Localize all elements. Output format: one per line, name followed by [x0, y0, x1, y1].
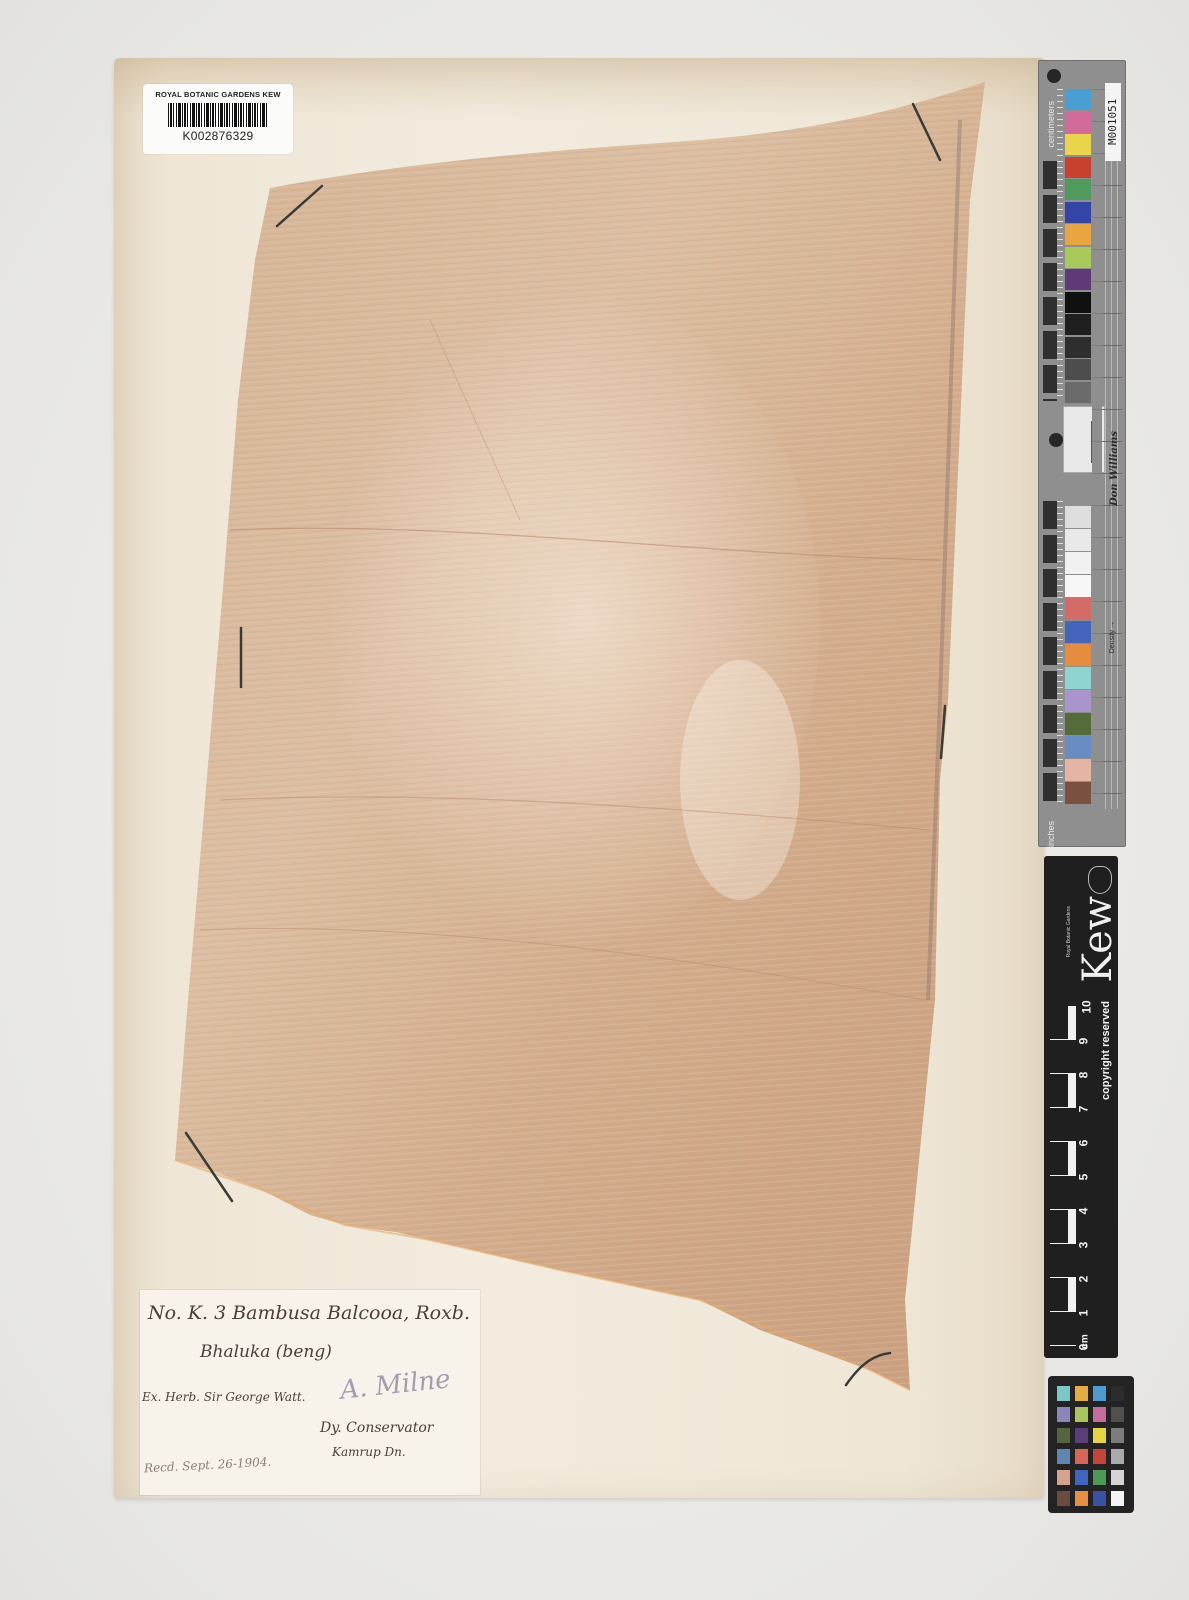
cm-number: 7 [1076, 1106, 1090, 1113]
checker-patch [1093, 1491, 1106, 1506]
copyright-text: copyright reserved [1100, 1001, 1112, 1100]
kew-scale-bar: Royal Botanic Gardens Kew copyright rese… [1044, 856, 1118, 1358]
color-swatch [1065, 690, 1091, 712]
ruler-index-column [1092, 89, 1102, 809]
ruler-ticks-top [1057, 89, 1063, 399]
cm-scale [1050, 1006, 1076, 1346]
color-swatch [1065, 598, 1091, 620]
color-swatch [1065, 337, 1091, 358]
checker-patch [1111, 1491, 1124, 1506]
checker-patch [1057, 1491, 1070, 1506]
ruler-id-tag: M001051 [1105, 83, 1121, 161]
ruler-scale-top [1043, 161, 1057, 401]
checker-patch [1093, 1407, 1106, 1422]
color-swatch [1065, 782, 1091, 804]
determination-label: No. K. 3 Bambusa Balcooa, Roxb. Bhaluka … [140, 1290, 480, 1495]
color-swatch [1065, 529, 1091, 551]
kew-crest-icon [1088, 866, 1112, 894]
cm-number: 6 [1076, 1140, 1090, 1147]
label-line-title: Dy. Conservator [320, 1420, 434, 1436]
color-swatch [1065, 269, 1091, 290]
cm-number: 2 [1076, 1276, 1090, 1283]
color-swatch [1065, 179, 1091, 200]
checker-patch [1075, 1428, 1088, 1443]
color-swatch [1065, 382, 1091, 403]
color-swatch [1065, 644, 1091, 666]
checker-patch [1075, 1386, 1088, 1401]
cm-segment [1050, 1074, 1076, 1108]
color-swatch [1065, 736, 1091, 758]
cm-unit-label: cm [1080, 1334, 1091, 1348]
checker-patch [1093, 1386, 1106, 1401]
color-swatch [1065, 314, 1091, 335]
cm-segment [1050, 1244, 1076, 1278]
color-swatch [1065, 224, 1091, 245]
barcode-label: ROYAL BOTANIC GARDENS KEW K002876329 [143, 84, 293, 154]
cm-number: 1 [1076, 1310, 1090, 1317]
cm-segment [1050, 1176, 1076, 1210]
checker-patch [1075, 1407, 1088, 1422]
cm-number: 5 [1076, 1174, 1090, 1181]
cm-segment [1050, 1040, 1076, 1074]
institution-name: ROYAL BOTANIC GARDENS KEW [143, 90, 293, 99]
checker-patch [1111, 1386, 1124, 1401]
checker-patch [1057, 1449, 1070, 1464]
label-line-received-date: Recd. Sept. 26-1904. [144, 1455, 272, 1476]
color-swatch [1065, 667, 1091, 689]
ruler-ticks-bottom [1057, 501, 1063, 806]
checker-patch [1111, 1428, 1124, 1443]
cm-segment [1050, 1278, 1076, 1312]
cm-segment [1050, 1142, 1076, 1176]
cm-number: 4 [1076, 1208, 1090, 1215]
checker-patch [1093, 1470, 1106, 1485]
collector-signature: A. Milne [339, 1364, 452, 1405]
ruler-scale-bottom [1043, 501, 1057, 806]
checker-patch [1057, 1428, 1070, 1443]
checker-patch [1075, 1449, 1088, 1464]
checker-patch [1111, 1407, 1124, 1422]
label-line-division: Kamrup Dn. [332, 1445, 406, 1459]
checker-patch [1111, 1449, 1124, 1464]
color-swatch [1065, 247, 1091, 268]
color-swatch [1065, 575, 1091, 597]
checker-patch [1075, 1491, 1088, 1506]
barcode-number: K002876329 [143, 129, 293, 143]
cm-scale-numbers: 109876543210 [1078, 1006, 1096, 1351]
density-label: Density → [1109, 621, 1116, 653]
label-line-herbarium: Ex. Herb. Sir George Watt. [142, 1390, 306, 1404]
color-swatch [1065, 759, 1091, 781]
kew-subtitle: Royal Botanic Gardens [1066, 906, 1072, 957]
color-swatch [1065, 292, 1091, 313]
checker-patch [1057, 1470, 1070, 1485]
cm-number: 9 [1076, 1038, 1090, 1045]
cm-number: 8 [1076, 1072, 1090, 1079]
checker-patch [1057, 1407, 1070, 1422]
color-swatch [1065, 89, 1091, 110]
color-reference-ruler: centimeters M001051 Don Williams Density… [1038, 60, 1126, 847]
cm-segment [1050, 1108, 1076, 1142]
ruler-hole [1049, 433, 1063, 447]
color-checker-card [1048, 1376, 1134, 1513]
color-swatch [1065, 713, 1091, 735]
color-swatch [1065, 359, 1091, 380]
cm-segment [1050, 1006, 1076, 1040]
checker-patch [1111, 1470, 1124, 1485]
color-swatch [1065, 112, 1091, 133]
cm-segment [1050, 1312, 1076, 1346]
cm-number: 10 [1080, 1000, 1094, 1013]
checker-patch [1057, 1386, 1070, 1401]
color-swatch [1065, 506, 1091, 528]
cm-segment [1050, 1210, 1076, 1244]
ruler-maker: Don Williams [1109, 431, 1120, 506]
ruler-hole [1047, 69, 1061, 83]
cm-number: 3 [1076, 1242, 1090, 1249]
color-swatch [1065, 157, 1091, 178]
inches-label: inches [1046, 821, 1056, 847]
color-swatch [1065, 621, 1091, 643]
checker-patch [1093, 1428, 1106, 1443]
color-swatch [1065, 552, 1091, 574]
checker-patch [1093, 1449, 1106, 1464]
barcode [168, 103, 268, 127]
label-line-species: No. K. 3 Bambusa Balcooa, Roxb. [148, 1302, 470, 1324]
checker-patch [1075, 1470, 1088, 1485]
centimeters-label: centimeters [1046, 101, 1056, 148]
color-swatch [1065, 202, 1091, 223]
color-swatch [1065, 134, 1091, 155]
label-line-vernacular: Bhaluka (beng) [200, 1342, 332, 1362]
kew-logo: Kew [1078, 896, 1118, 983]
